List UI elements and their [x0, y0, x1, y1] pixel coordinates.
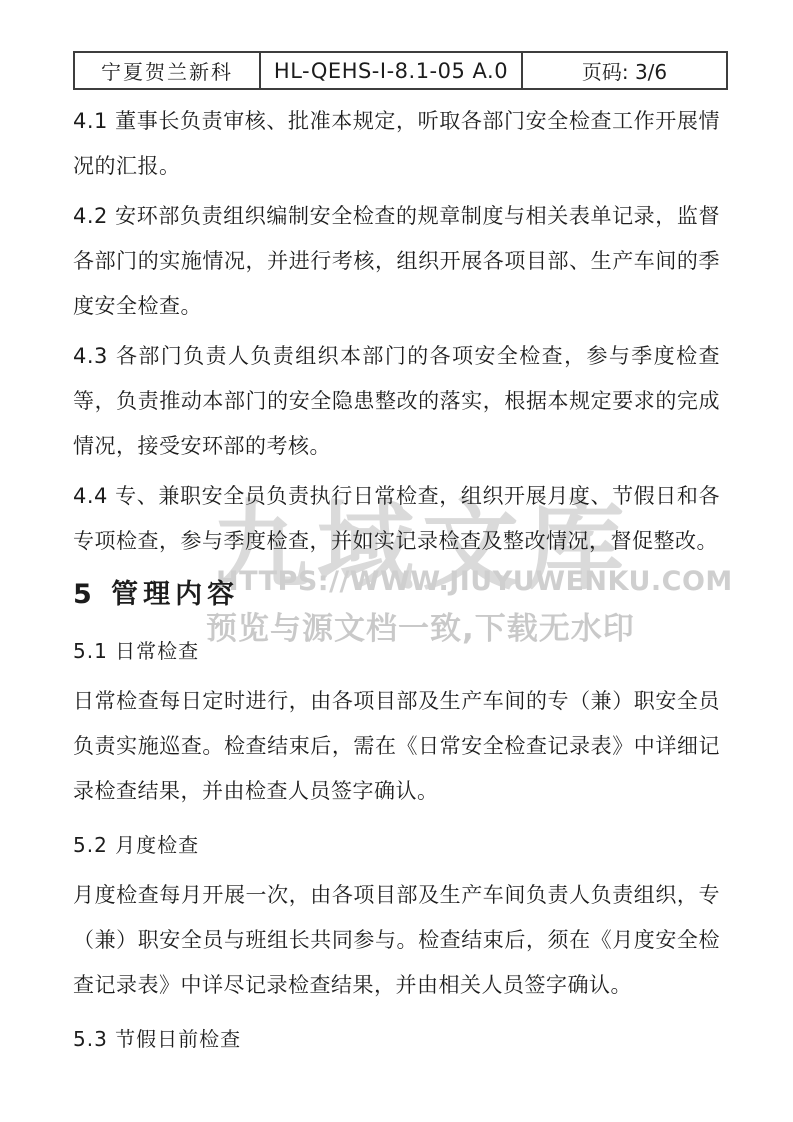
- doc-code-cell: HL-QEHS-I-8.1-05 A.0: [260, 52, 522, 89]
- header-row: 宁夏贺兰新科 HL-QEHS-I-8.1-05 A.0 页码: 3/6: [74, 52, 727, 89]
- paragraph-4-2: 4.2 安环部负责组织编制安全检查的规章制度与相关表单记录，监督各部门的实施情况…: [73, 194, 720, 329]
- document-header-table: 宁夏贺兰新科 HL-QEHS-I-8.1-05 A.0 页码: 3/6: [73, 51, 728, 90]
- paragraph-4-3: 4.3 各部门负责人负责组织本部门的各项安全检查，参与季度检查等，负责推动本部门…: [73, 334, 720, 469]
- subsection-5-2-body: 月度检查每月开展一次，由各项目部及生产车间负责人负责组织，专（兼）职安全员与班组…: [73, 873, 720, 1008]
- subsection-5-1-title: 5.1 日常检查: [73, 625, 720, 671]
- document-content: 宁夏贺兰新科 HL-QEHS-I-8.1-05 A.0 页码: 3/6 4.1 …: [0, 0, 793, 1059]
- page-number-cell: 页码: 3/6: [522, 52, 727, 89]
- paragraph-4-1: 4.1 董事长负责审核、批准本规定，听取各部门安全检查工作开展情况的汇报。: [73, 99, 720, 189]
- paragraph-4-4: 4.4 专、兼职安全员负责执行日常检查，组织开展月度、节假日和各专项检查，参与季…: [73, 474, 720, 564]
- section-5-heading: 5 管理内容: [73, 569, 720, 615]
- subsection-5-3-title: 5.3 节假日前检查: [73, 1013, 720, 1059]
- subsection-5-1-body: 日常检查每日定时进行，由各项目部及生产车间的专（兼）职安全员负责实施巡查。检查结…: [73, 679, 720, 814]
- document-page: 九域文库 HTTPS://WWW.JIUYUWENKU.COM 预览与源文档一致…: [0, 0, 793, 1122]
- subsection-5-2-title: 5.2 月度检查: [73, 819, 720, 865]
- company-name-cell: 宁夏贺兰新科: [74, 52, 260, 89]
